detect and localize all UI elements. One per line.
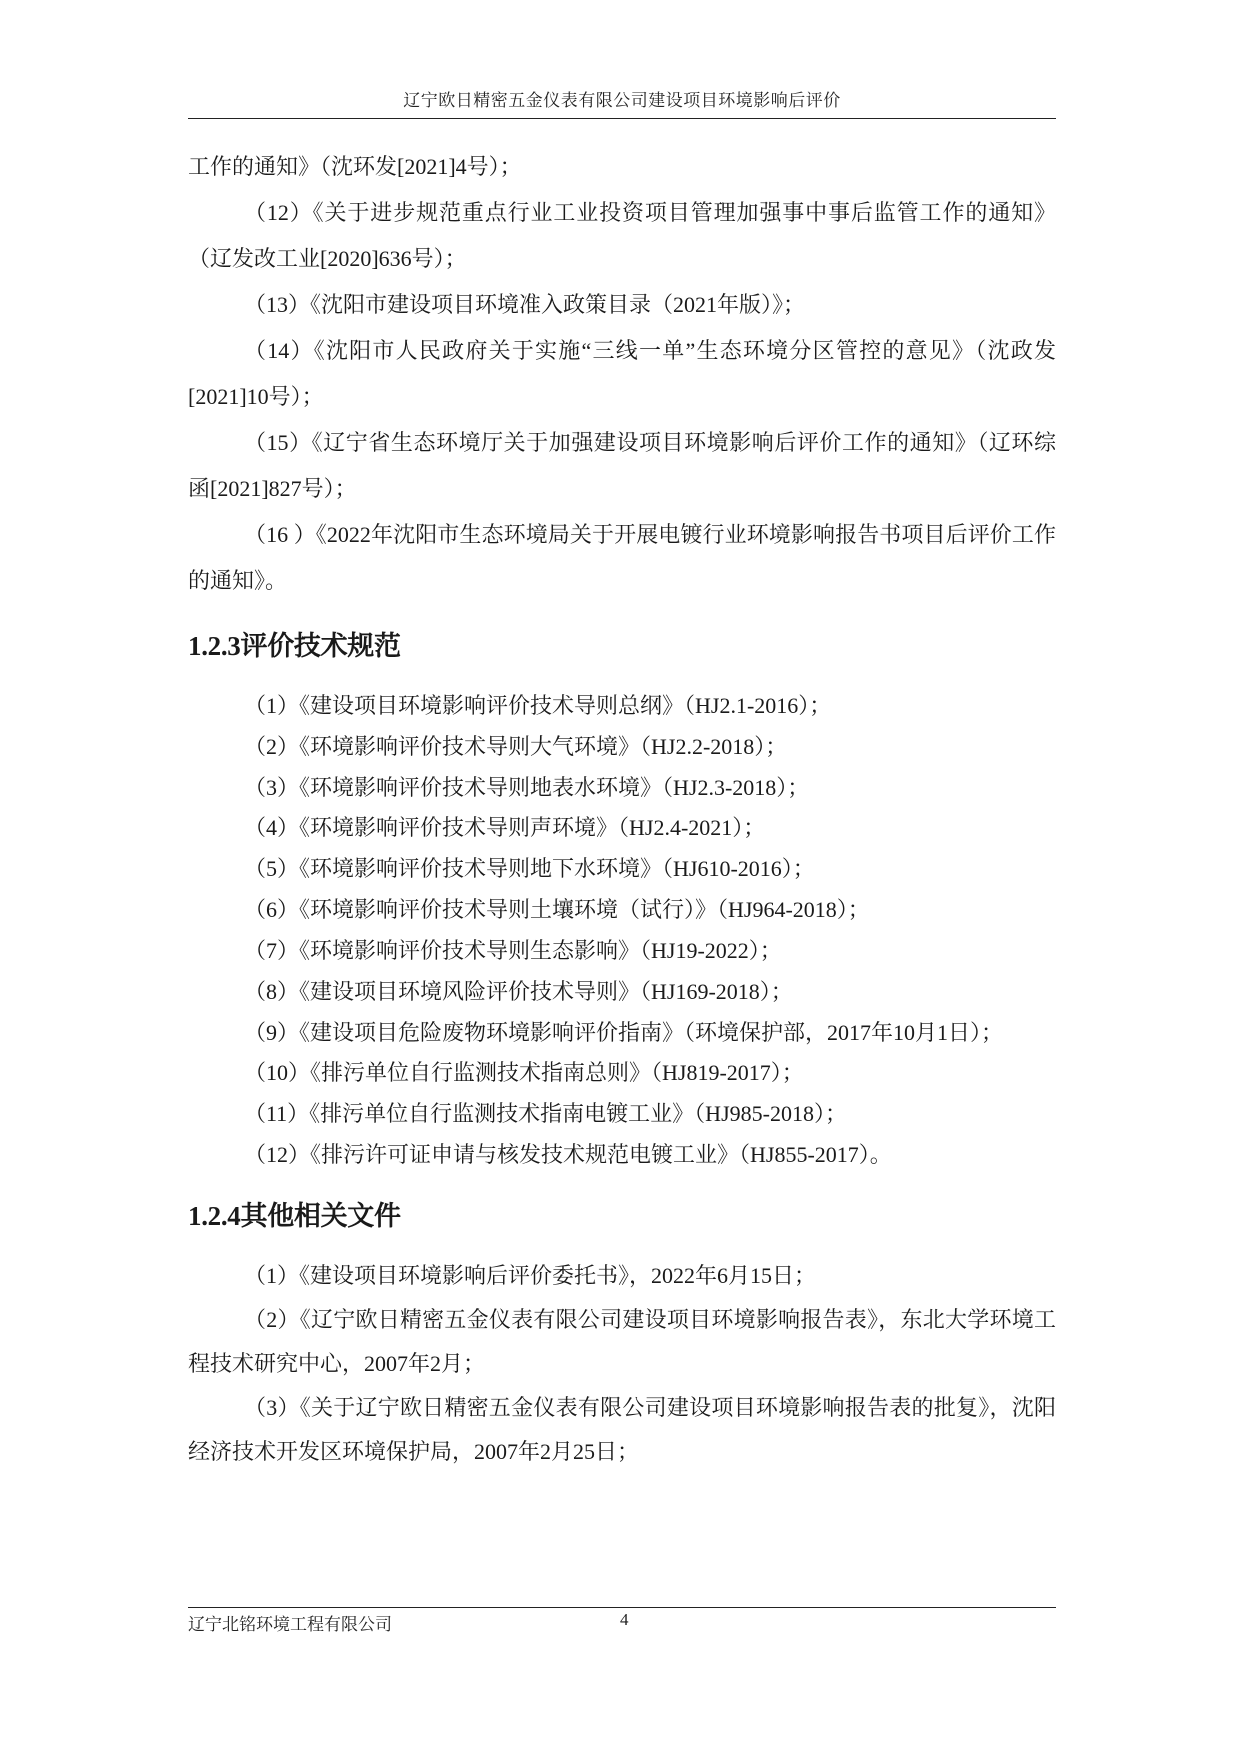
list-item: （3）《环境影响评价技术导则地表水环境》（HJ2.3-2018）； xyxy=(188,768,1056,809)
section-heading-1-2-3: 1.2.3评价技术规范 xyxy=(188,626,1056,666)
list-item: （16 ）《2022年沈阳市生态环境局关于开展电镀行业环境影响报告书项目后评价工… xyxy=(188,512,1056,604)
header-divider xyxy=(188,118,1056,119)
list-item: （4）《环境影响评价技术导则声环境》（HJ2.4-2021）； xyxy=(188,808,1056,849)
regulations-list-continued: 工作的通知》（沈环发[2021]4号）； （12）《关于进步规范重点行业工业投资… xyxy=(188,144,1056,604)
list-item: （6）《环境影响评价技术导则土壤环境（试行）》（HJ964-2018）； xyxy=(188,890,1056,931)
list-item: （10）《排污单位自行监测技术指南总则》（HJ819-2017）； xyxy=(188,1053,1056,1094)
list-item: （15）《辽宁省生态环境厅关于加强建设项目环境影响后评价工作的通知》（辽环综函[… xyxy=(188,420,1056,512)
list-item: （2）《辽宁欧日精密五金仪表有限公司建设项目环境影响报告表》，东北大学环境工程技… xyxy=(188,1298,1056,1386)
page-header-title: 辽宁欧日精密五金仪表有限公司建设项目环境影响后评价 xyxy=(188,86,1056,111)
list-item: 工作的通知》（沈环发[2021]4号）； xyxy=(188,144,1056,190)
page-number: 4 xyxy=(620,1610,629,1630)
technical-standards-list: （1）《建设项目环境影响评价技术导则总纲》（HJ2.1-2016）； （2）《环… xyxy=(188,686,1056,1176)
list-item: （9）《建设项目危险废物环境影响评价指南》（环境保护部，2017年10月1日）； xyxy=(188,1012,1056,1053)
section-heading-1-2-4: 1.2.4其他相关文件 xyxy=(188,1196,1056,1236)
list-item: （7）《环境影响评价技术导则生态影响》（HJ19-2022）； xyxy=(188,931,1056,972)
list-item: （1）《建设项目环境影响评价技术导则总纲》（HJ2.1-2016）； xyxy=(188,686,1056,727)
footer-divider xyxy=(188,1607,1056,1608)
list-item: （13）《沈阳市建设项目环境准入政策目录（2021年版）》； xyxy=(188,282,1056,328)
list-item: （1）《建设项目环境影响后评价委托书》，2022年6月15日； xyxy=(188,1254,1056,1298)
list-item: （5）《环境影响评价技术导则地下水环境》（HJ610-2016）； xyxy=(188,849,1056,890)
list-item: （12）《排污许可证申请与核发技术规范电镀工业》（HJ855-2017）。 xyxy=(188,1135,1056,1176)
list-item: （12）《关于进步规范重点行业工业投资项目管理加强事中事后监管工作的通知》（辽发… xyxy=(188,190,1056,282)
list-item: （8）《建设项目环境风险评价技术导则》（HJ169-2018）； xyxy=(188,972,1056,1013)
list-item: （3）《关于辽宁欧日精密五金仪表有限公司建设项目环境影响报告表的批复》，沈阳经济… xyxy=(188,1386,1056,1474)
footer-company: 辽宁北铭环境工程有限公司 xyxy=(188,1610,392,1635)
list-item: （2）《环境影响评价技术导则大气环境》（HJ2.2-2018）； xyxy=(188,727,1056,768)
page-content: 工作的通知》（沈环发[2021]4号）； （12）《关于进步规范重点行业工业投资… xyxy=(188,144,1056,1474)
document-page: 辽宁欧日精密五金仪表有限公司建设项目环境影响后评价 工作的通知》（沈环发[202… xyxy=(0,0,1241,1755)
related-documents-list: （1）《建设项目环境影响后评价委托书》，2022年6月15日； （2）《辽宁欧日… xyxy=(188,1254,1056,1474)
list-item: （11）《排污单位自行监测技术指南电镀工业》（HJ985-2018）； xyxy=(188,1094,1056,1135)
list-item: （14）《沈阳市人民政府关于实施“三线一单”生态环境分区管控的意见》（沈政发[2… xyxy=(188,328,1056,420)
